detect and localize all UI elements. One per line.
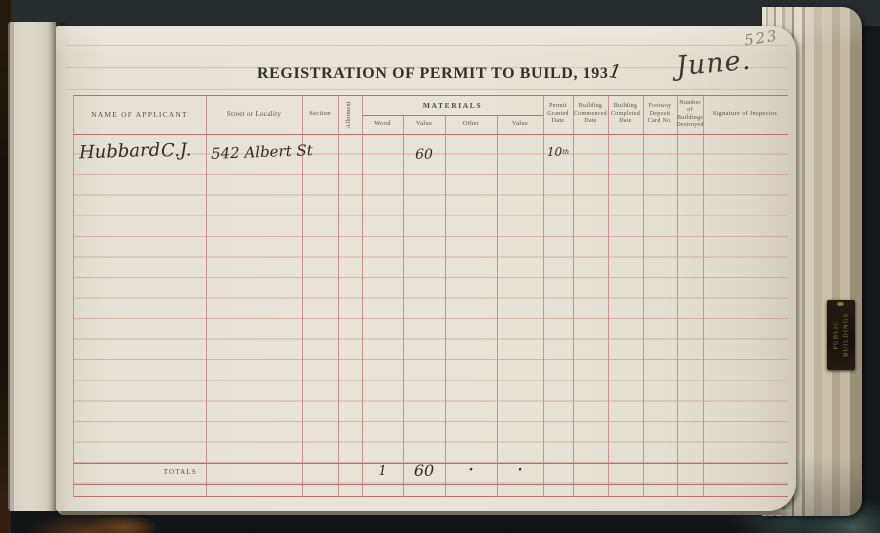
page-number-pencil: 523 (743, 26, 780, 49)
column-header-other-value: Value (497, 114, 543, 134)
column-header-name: NAME OF APPLICANT (73, 95, 206, 134)
month-annotation: June. (675, 45, 753, 82)
column-header-allotment: Allotment (338, 95, 362, 134)
column-header-other: Other (445, 114, 497, 134)
faint-rule (66, 89, 788, 90)
entry-surname: Hubbard (79, 140, 161, 164)
entry-initials: C.J. (161, 139, 192, 161)
grid-line (73, 95, 74, 497)
entry-street: 542 Albert St (211, 141, 313, 163)
tab-label: PUBLIC BUILDINGS (831, 313, 851, 357)
tab-line2: BUILDINGS (841, 313, 851, 357)
faint-rule (66, 45, 788, 46)
entry-permit-date: 10th (543, 145, 573, 159)
gilt-speck (837, 302, 844, 306)
tab-line1: PUBLIC (831, 313, 841, 357)
grid-line (608, 95, 609, 497)
permit-day: 10 (547, 145, 562, 159)
column-header-permit-granted: Permit Granted Date (543, 95, 573, 134)
ledger-table: NAME OF APPLICANT Street or Locality Sec… (73, 95, 788, 497)
grid-line (677, 95, 678, 497)
totals-other: · (445, 462, 497, 478)
grid-line (403, 115, 404, 497)
totals-label: TOTALS (73, 468, 197, 476)
grid-line (573, 95, 574, 497)
column-header-section: Section (302, 95, 338, 134)
totals-wood-value: 60 (403, 461, 445, 480)
column-header-wood: Wood (362, 114, 403, 134)
allotment-label: Allotment (346, 101, 354, 128)
grid-line (445, 115, 446, 497)
column-header-building-commenced: Building Commenced Date (573, 95, 608, 134)
ledger-book-photo: REGISTRATION OF PERMIT TO BUILD, 1931 Ju… (0, 0, 880, 533)
totals-bottom-line (73, 484, 788, 485)
column-header-wood-value: Value (403, 114, 445, 134)
permit-day-suffix: th (562, 148, 569, 156)
handwritten-year-digit: 1 (608, 60, 624, 84)
ledger-page: REGISTRATION OF PERMIT TO BUILD, 1931 Ju… (56, 26, 796, 511)
header-bottom-line (73, 134, 788, 135)
grid-line (338, 95, 339, 497)
column-header-street: Street or Locality (206, 95, 302, 134)
column-header-building-completed: Building Completed Date (608, 95, 643, 134)
grid-line (206, 95, 207, 497)
totals-wood: 1 (362, 464, 403, 479)
table-bottom-line (73, 496, 788, 497)
page-title: REGISTRATION OF PERMIT TO BUILD, 1931 (257, 61, 622, 83)
grid-line (703, 95, 704, 497)
entry-wood-value: 60 (403, 147, 445, 163)
materials-group-header: MATERIALS (362, 98, 543, 113)
grid-line (497, 115, 498, 497)
row-lines (73, 134, 788, 484)
column-header-footway-deposit: Footway Deposit Card No. (643, 95, 677, 134)
grid-line (643, 95, 644, 497)
public-buildings-tab: PUBLIC BUILDINGS (827, 300, 855, 370)
column-header-buildings-destroyed: Number of Buildings Destroyed (677, 95, 703, 134)
column-header-signature: Signature of Inspector. (703, 95, 788, 134)
grid-line (362, 95, 363, 497)
page-title-printed: REGISTRATION OF PERMIT TO BUILD, 193 (257, 65, 608, 82)
totals-other-value: · (497, 462, 543, 478)
